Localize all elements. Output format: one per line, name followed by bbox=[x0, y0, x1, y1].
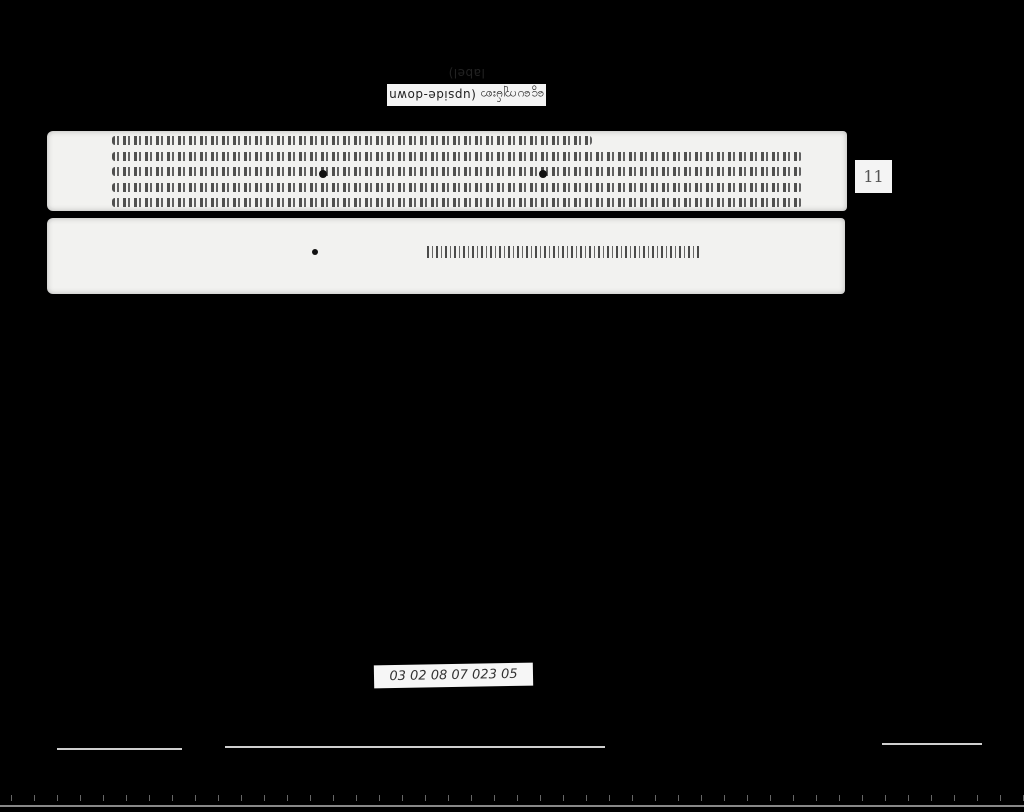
script-line bbox=[112, 152, 802, 161]
manuscript-title-label: ငွေ‌ပေကျမ်းစာ (upside-down label) bbox=[387, 84, 546, 106]
palm-leaf-1 bbox=[47, 131, 847, 211]
binding-hole bbox=[539, 170, 547, 178]
script-line bbox=[112, 136, 592, 145]
script-line bbox=[112, 183, 802, 192]
script-line bbox=[112, 167, 802, 176]
binding-hole bbox=[319, 170, 327, 178]
scan-edge-line bbox=[57, 748, 182, 750]
scan-edge-line bbox=[225, 746, 605, 748]
binding-hole bbox=[312, 249, 318, 255]
leaf-1-script bbox=[112, 136, 802, 207]
scan-bottom-border bbox=[0, 805, 1024, 807]
leaf-2-script bbox=[427, 246, 702, 258]
scan-edge-line bbox=[882, 743, 982, 745]
script-line bbox=[112, 198, 802, 207]
page-number-label: 11 bbox=[855, 160, 892, 193]
scan-border-ticks bbox=[0, 795, 1024, 801]
palm-leaf-2 bbox=[47, 218, 845, 294]
catalog-number-label: 03 02 08 07 023 05 bbox=[374, 663, 533, 689]
